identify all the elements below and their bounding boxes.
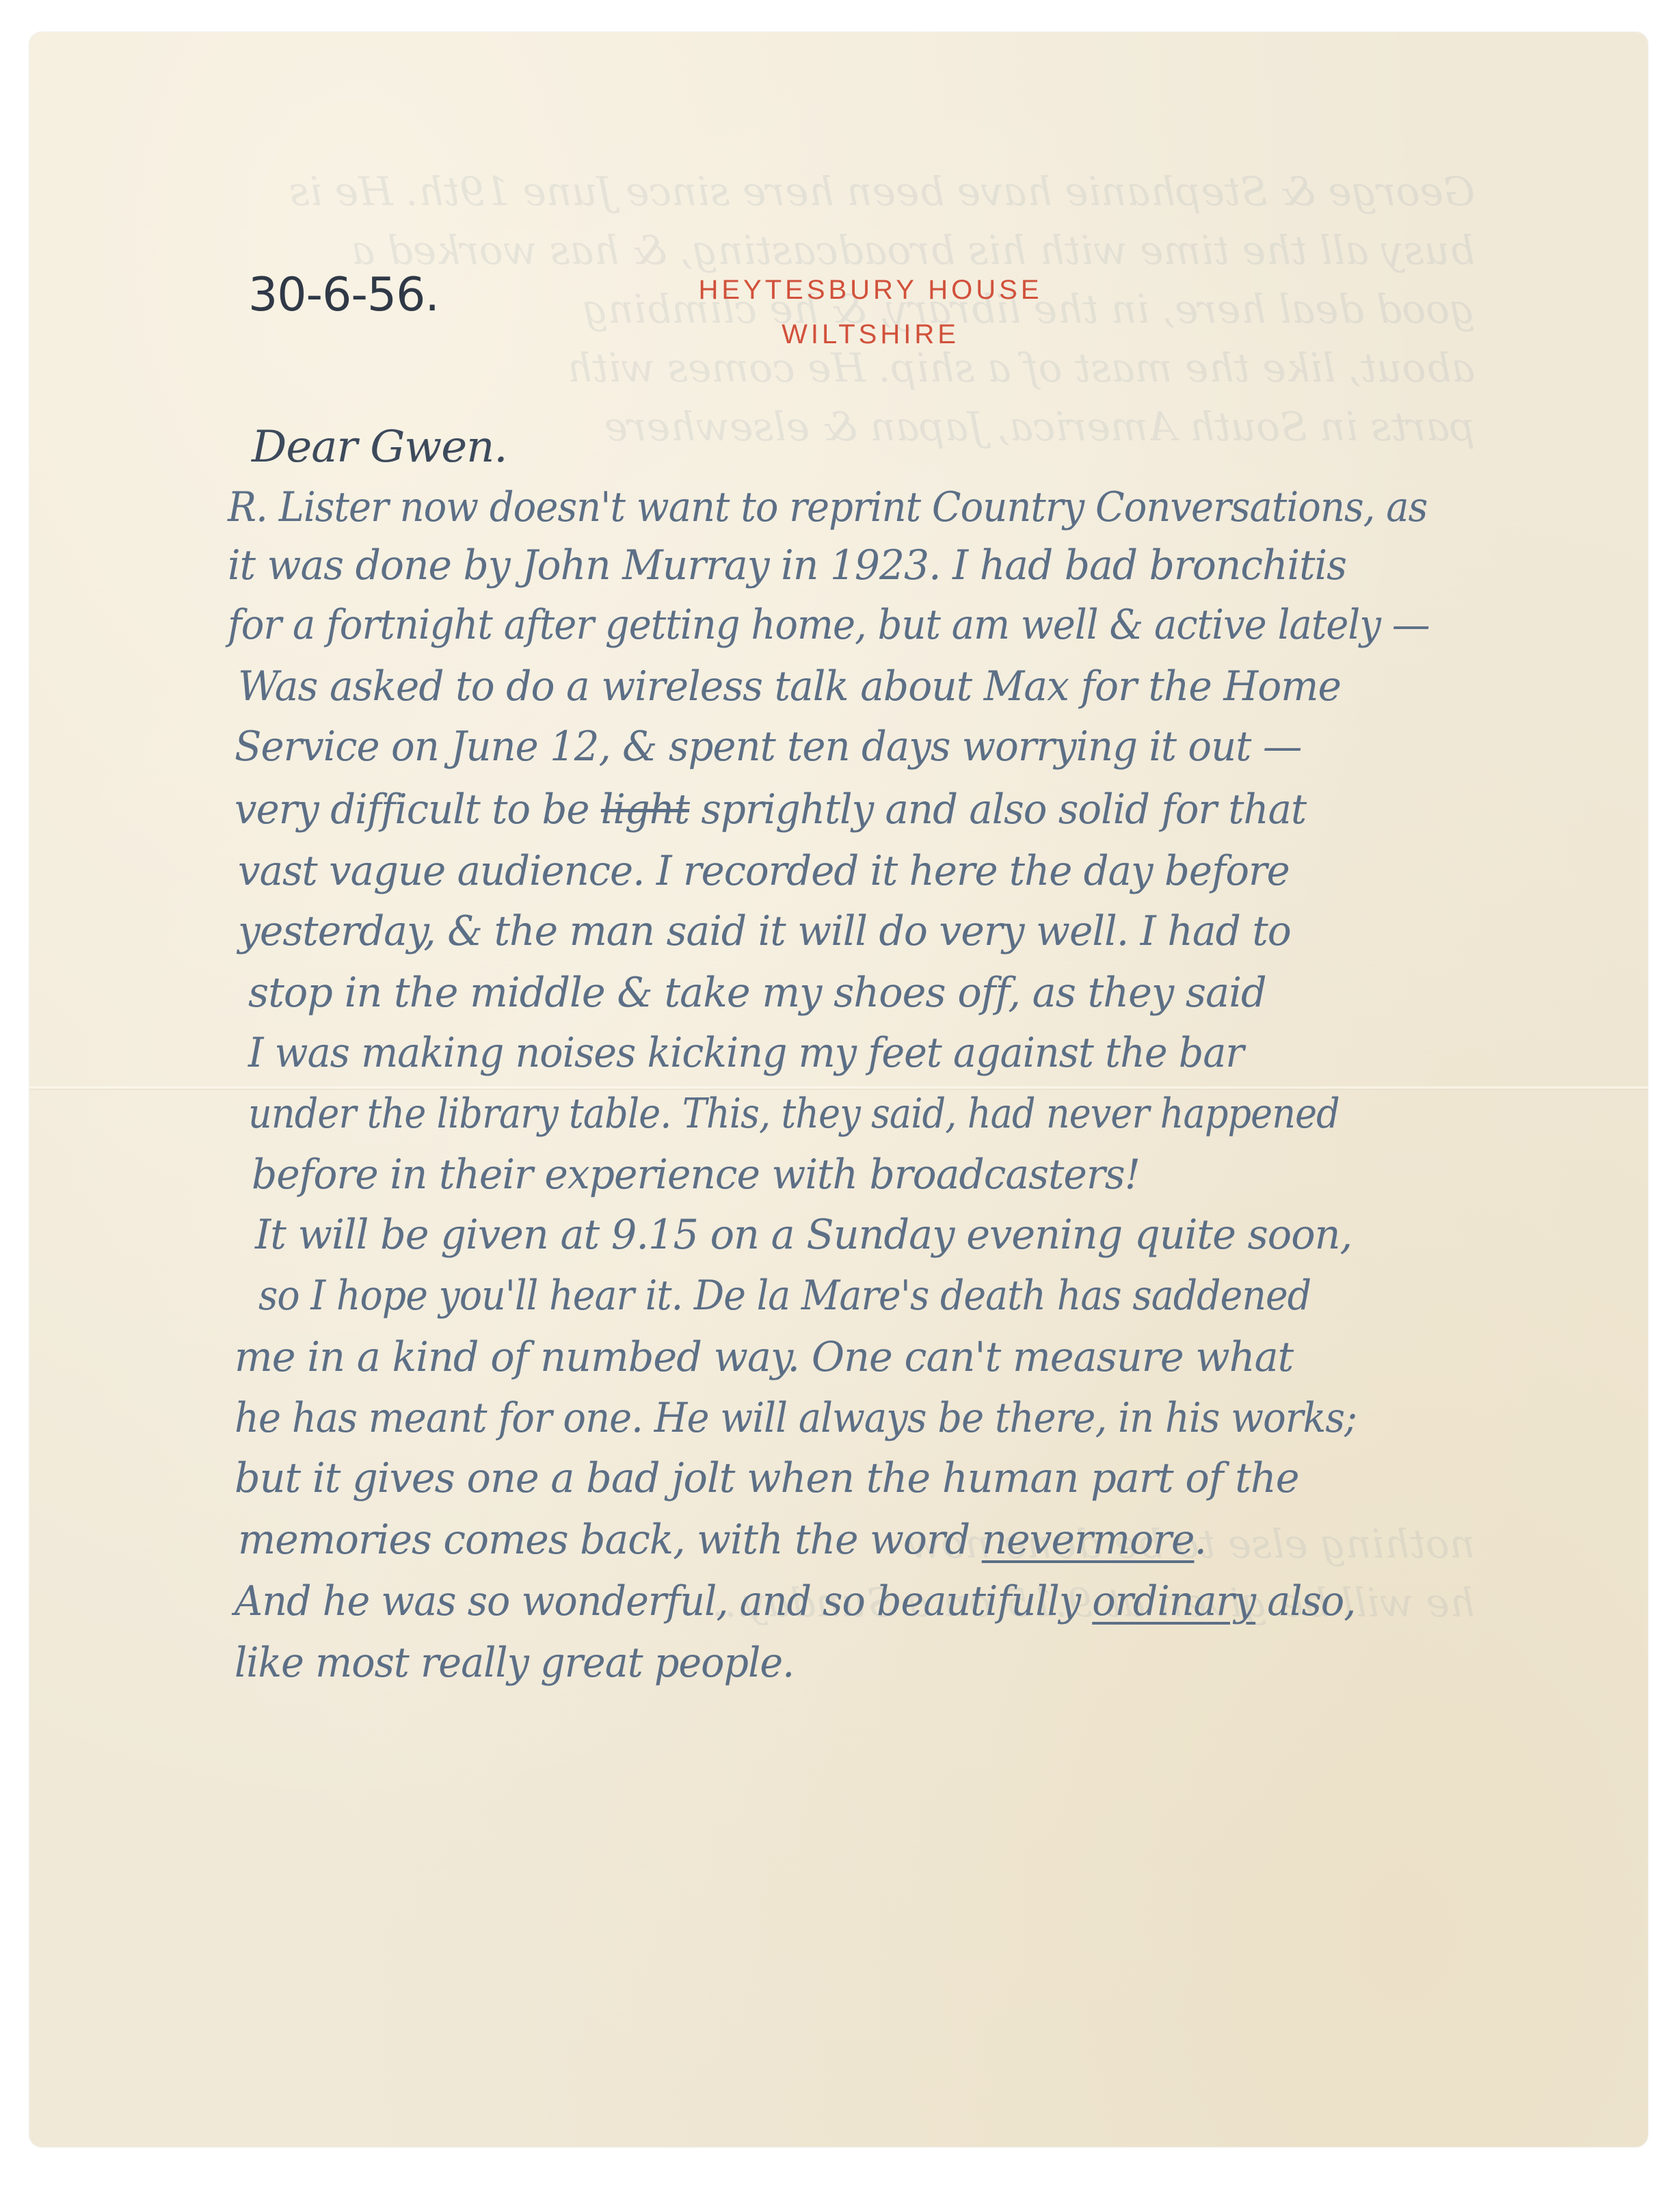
letter-line: Was asked to do a wireless talk about Ma… — [238, 663, 1341, 710]
letter-line: like most really great people. — [235, 1639, 794, 1687]
letter-line: very difficult to be light sprightly and… — [235, 786, 1306, 833]
letter-line: he has meant for one. He will always be … — [235, 1394, 1357, 1442]
letter-line: It will be given at 9.15 on a Sunday eve… — [255, 1211, 1352, 1259]
letter-date: 30-6-56. — [248, 268, 439, 322]
letter-line: under the library table. This, they said… — [248, 1090, 1339, 1138]
letter-line: And he was so wonderful, and so beautifu… — [235, 1577, 1355, 1625]
letter-line: but it gives one a bad jolt when the hum… — [235, 1454, 1299, 1502]
salutation: Dear Gwen. — [252, 422, 507, 472]
struck-word: light — [601, 786, 689, 833]
letter-line: memories comes back, with the word never… — [238, 1516, 1206, 1564]
letterhead-name: HEYTESBURY HOUSE — [460, 275, 1281, 306]
letter-line: for a fortnight after getting home, but … — [228, 601, 1430, 649]
line-end: . — [1194, 1516, 1206, 1564]
letter-line: so I hope you'll hear it. De la Mare's d… — [258, 1272, 1311, 1320]
letter-line: me in a kind of numbed way. One can't me… — [235, 1333, 1293, 1381]
letterhead-county: WILTSHIRE — [460, 319, 1281, 350]
underlined-word: nevermore — [982, 1516, 1195, 1564]
letter-line: I was making noises kicking my feet agai… — [248, 1029, 1244, 1077]
letter-line: yesterday, & the man said it will do ver… — [238, 907, 1291, 955]
letter-paper: George & Stephanie have been here since … — [29, 32, 1648, 2147]
letter-line: Service on June 12, & spent ten days wor… — [235, 723, 1301, 771]
letter-line: R. Lister now doesn't want to reprint Co… — [228, 483, 1427, 531]
underlined-word: ordinary — [1092, 1577, 1255, 1625]
letter-line: it was done by John Murray in 1923. I ha… — [228, 542, 1346, 589]
line-start: very difficult to be — [235, 786, 589, 833]
line-start: And he was so wonderful, and so beautifu… — [235, 1577, 1080, 1625]
letter-line: stop in the middle & take my shoes off, … — [248, 969, 1266, 1017]
line-end: also, — [1255, 1577, 1355, 1625]
letter-line: before in their experience with broadcas… — [252, 1151, 1140, 1199]
letter-line: vast vague audience. I recorded it here … — [238, 847, 1290, 895]
line-end: sprightly and also solid for that — [689, 786, 1306, 833]
line-start: memories comes back, with the word — [238, 1516, 970, 1564]
